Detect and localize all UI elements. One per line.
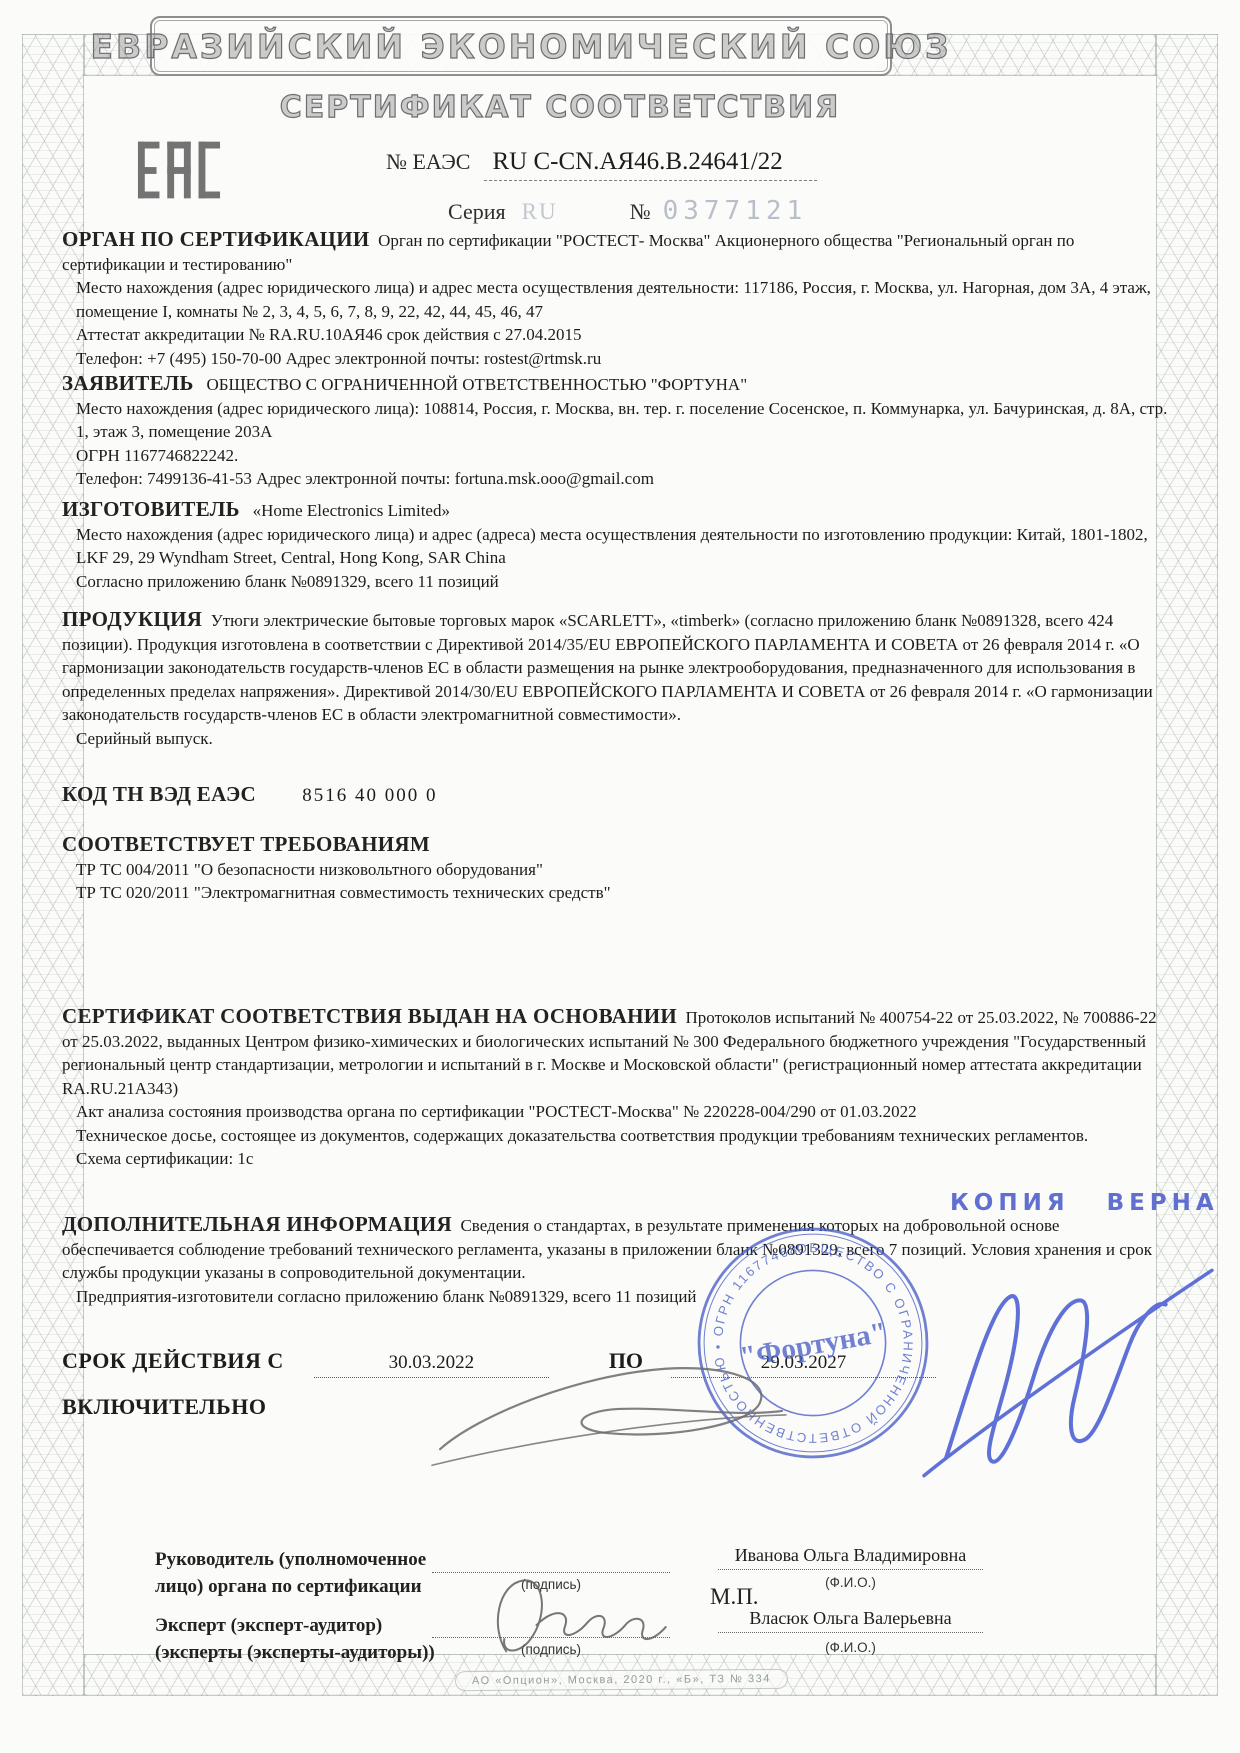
- section-basis: СЕРТИФИКАТ СООТВЕТСТВИЯ ВЫДАН НА ОСНОВАН…: [62, 1005, 1174, 1171]
- fio-caption-expert: (Ф.И.О.): [718, 1640, 983, 1655]
- serial-no-label: №: [630, 199, 651, 225]
- complies-regulation-2: ТР ТС 020/2011 "Электромагнитная совмест…: [76, 881, 1174, 905]
- section-complies: СООТВЕТСТВУЕТ ТРЕБОВАНИЯМ ТР ТС 004/2011…: [62, 833, 1174, 905]
- basis-production-analysis: Акт анализа состояния производства орган…: [76, 1100, 1174, 1124]
- section-applicant: ЗАЯВИТЕЛЬ ОБЩЕСТВО С ОГРАНИЧЕННОЙ ОТВЕТС…: [62, 372, 1174, 491]
- eaeu-banner-title: ЕВРАЗИЙСКИЙ ЭКОНОМИЧЕСКИЙ СОЮЗ: [91, 27, 952, 66]
- head-of-body-name: Иванова Ольга Владимировна: [718, 1545, 983, 1570]
- handwritten-signature-blue: [918, 1260, 1220, 1492]
- handwritten-signature-head: [428, 1352, 790, 1484]
- products-serial-production: Серийный выпуск.: [76, 727, 1174, 751]
- basis-heading: СЕРТИФИКАТ СООТВЕТСТВИЯ ВЫДАН НА ОСНОВАН…: [62, 1004, 677, 1028]
- number-label: № ЕАЭС: [386, 149, 470, 175]
- certificate-number-row: № ЕАЭС RU C-CN.АЯ46.B.24641/22: [386, 148, 817, 181]
- customs-code-heading: КОД ТН ВЭД ЕАЭС: [62, 782, 256, 806]
- products-heading: ПРОДУКЦИЯ: [62, 607, 202, 631]
- series-row: Серия RU № 0377121: [448, 196, 807, 226]
- manufacturer-name: «Home Electronics Limited»: [253, 501, 450, 520]
- applicant-ogrn: ОГРН 1167746822242.: [76, 444, 1174, 468]
- section-certification-body: ОРГАН ПО СЕРТИФИКАЦИИ Орган по сертифика…: [62, 228, 1174, 370]
- serial-number: 0377121: [663, 196, 808, 226]
- certification-body-contacts: Телефон: +7 (495) 150-70-00 Адрес электр…: [76, 347, 1174, 371]
- handwritten-signature-expert: [478, 1566, 700, 1673]
- manufacturer-annex: Согласно приложению бланк №0891329, всег…: [76, 570, 1174, 594]
- applicant-contacts: Телефон: 7499136-41-53 Адрес электронной…: [76, 467, 1174, 491]
- complies-heading: СООТВЕТСТВУЕТ ТРЕБОВАНИЯМ: [62, 832, 430, 856]
- section-customs-code: КОД ТН ВЭД ЕАЭС 8516 40 000 0: [62, 783, 1174, 808]
- series-label: Серия: [448, 199, 506, 225]
- head-of-body-label: Руководитель (уполномоченное лицо) орган…: [155, 1546, 465, 1600]
- series-value: RU: [522, 199, 558, 225]
- section-manufacturer: ИЗГОТОВИТЕЛЬ «Home Electronics Limited» …: [62, 498, 1174, 593]
- validity-from-label: СРОК ДЕЙСТВИЯ С: [62, 1348, 284, 1374]
- certificate-page: { "colors": { "stamp_blue": "#4a5fc8", "…: [0, 0, 1240, 1753]
- manufacturer-address: Место нахождения (адрес юридического лиц…: [76, 523, 1174, 570]
- applicant-address: Место нахождения (адрес юридического лиц…: [76, 397, 1174, 444]
- section-products: ПРОДУКЦИЯ Утюги электрические бытовые то…: [62, 608, 1174, 750]
- certificate-number: RU C-CN.АЯ46.B.24641/22: [484, 148, 816, 181]
- eac-logo-icon: [136, 126, 222, 214]
- applicant-heading: ЗАЯВИТЕЛЬ: [62, 371, 194, 395]
- document-title: СЕРТИФИКАТ СООТВЕТСТВИЯ: [260, 90, 860, 125]
- printing-house-info: АО «Опцион», Москва, 2020 г., «Б», ТЗ № …: [455, 1669, 788, 1691]
- additional-info-heading: ДОПОЛНИТЕЛЬНАЯ ИНФОРМАЦИЯ: [62, 1212, 452, 1236]
- customs-code-value: 8516 40 000 0: [302, 785, 437, 806]
- eaeu-banner: ЕВРАЗИЙСКИЙ ЭКОНОМИЧЕСКИЙ СОЮЗ: [150, 16, 892, 76]
- manufacturer-heading: ИЗГОТОВИТЕЛЬ: [62, 497, 240, 521]
- certification-body-accreditation: Аттестат аккредитации № RA.RU.10АЯ46 сро…: [76, 323, 1174, 347]
- certification-body-address: Место нахождения (адрес юридического лиц…: [76, 276, 1174, 323]
- copy-valid-stamp: КОПИЯ ВЕРНА: [950, 1190, 1219, 1216]
- applicant-name: ОБЩЕСТВО С ОГРАНИЧЕННОЙ ОТВЕТСТВЕННОСТЬЮ…: [206, 375, 747, 394]
- basis-technical-dossier: Техническое досье, состоящее из документ…: [76, 1124, 1174, 1148]
- fio-caption-head: (Ф.И.О.): [718, 1575, 983, 1590]
- products-description: Утюги электрические бытовые торговых мар…: [62, 611, 1153, 724]
- certification-body-heading: ОРГАН ПО СЕРТИФИКАЦИИ: [62, 227, 370, 251]
- complies-regulation-1: ТР ТС 004/2011 "О безопасности низковоль…: [76, 858, 1174, 882]
- expert-name: Власюк Ольга Валерьевна: [718, 1608, 983, 1633]
- basis-certification-scheme: Схема сертификации: 1с: [76, 1147, 1174, 1171]
